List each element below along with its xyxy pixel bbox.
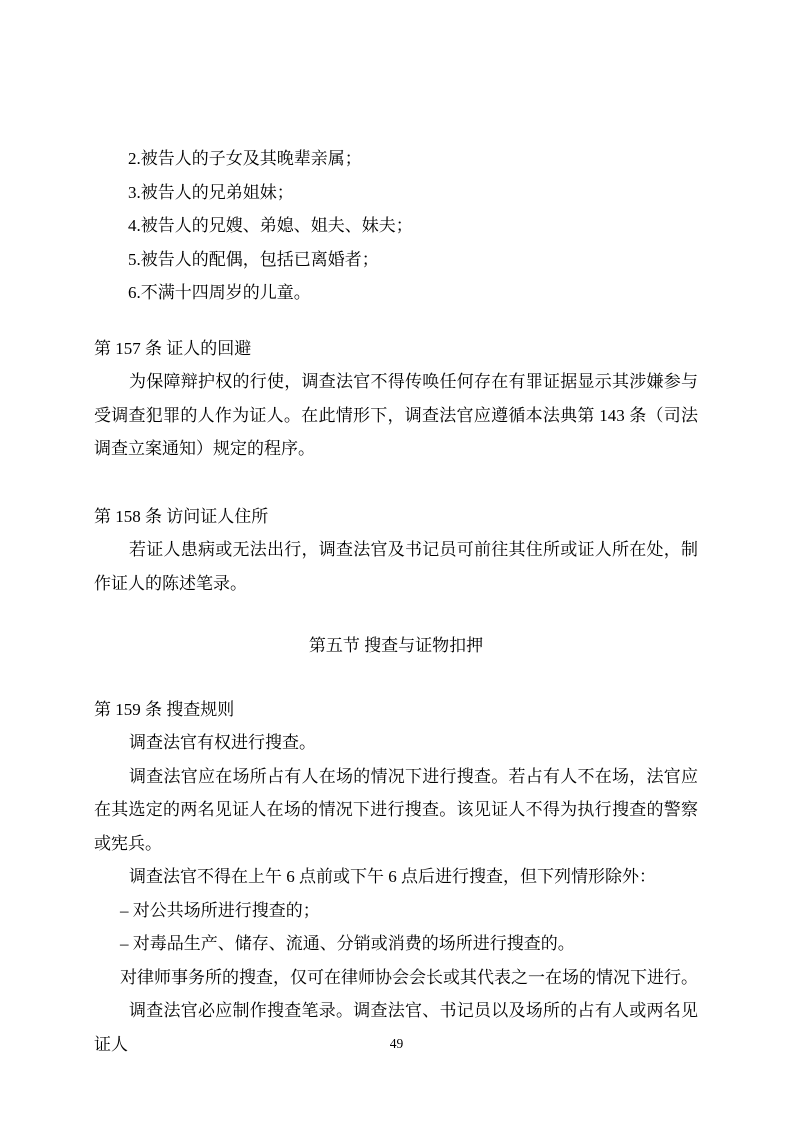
document-page: 2.被告人的子女及其晚辈亲属； 3.被告人的兄弟姐妹； 4.被告人的兄嫂、弟媳、… (0, 0, 793, 1122)
article-159-dash-item-1: – 对公共场所进行搜查的； (94, 894, 698, 928)
list-item-6: 6.不满十四周岁的儿童。 (94, 276, 698, 310)
list-item-5: 5.被告人的配偶，包括已离婚者； (94, 243, 698, 277)
article-159-para-4: 对律师事务所的搜查，仅可在律师协会会长或其代表之一在场的情况下进行。 (94, 961, 698, 995)
section-5-heading: 第五节 搜查与证物扣押 (94, 629, 698, 663)
article-159-para-3: 调查法官不得在上午 6 点前或下午 6 点后进行搜查，但下列情形除外： (94, 860, 698, 894)
article-158-heading: 第 158 条 访问证人住所 (94, 500, 698, 534)
list-item-4: 4.被告人的兄嫂、弟媳、姐夫、妹夫； (94, 209, 698, 243)
article-159-heading: 第 159 条 搜查规则 (94, 693, 698, 727)
article-158-body: 若证人患病或无法出行，调查法官及书记员可前往其住所或证人所在处，制作证人的陈述笔… (94, 533, 698, 600)
article-157-heading: 第 157 条 证人的回避 (94, 332, 698, 366)
document-content: 2.被告人的子女及其晚辈亲属； 3.被告人的兄弟姐妹； 4.被告人的兄嫂、弟媳、… (94, 142, 698, 1061)
article-157-body: 为保障辩护权的行使，调查法官不得传唤任何存在有罪证据显示其涉嫌参与受调查犯罪的人… (94, 365, 698, 466)
list-item-3: 3.被告人的兄弟姐妹； (94, 176, 698, 210)
page-number: 49 (0, 1036, 793, 1052)
article-159-dash-item-2: – 对毒品生产、储存、流通、分销或消费的场所进行搜查的。 (94, 927, 698, 961)
list-item-2: 2.被告人的子女及其晚辈亲属； (94, 142, 698, 176)
article-159-para-1: 调查法官有权进行搜查。 (94, 726, 698, 760)
article-159-para-2: 调查法官应在场所占有人在场的情况下进行搜查。若占有人不在场，法官应在其选定的两名… (94, 760, 698, 861)
